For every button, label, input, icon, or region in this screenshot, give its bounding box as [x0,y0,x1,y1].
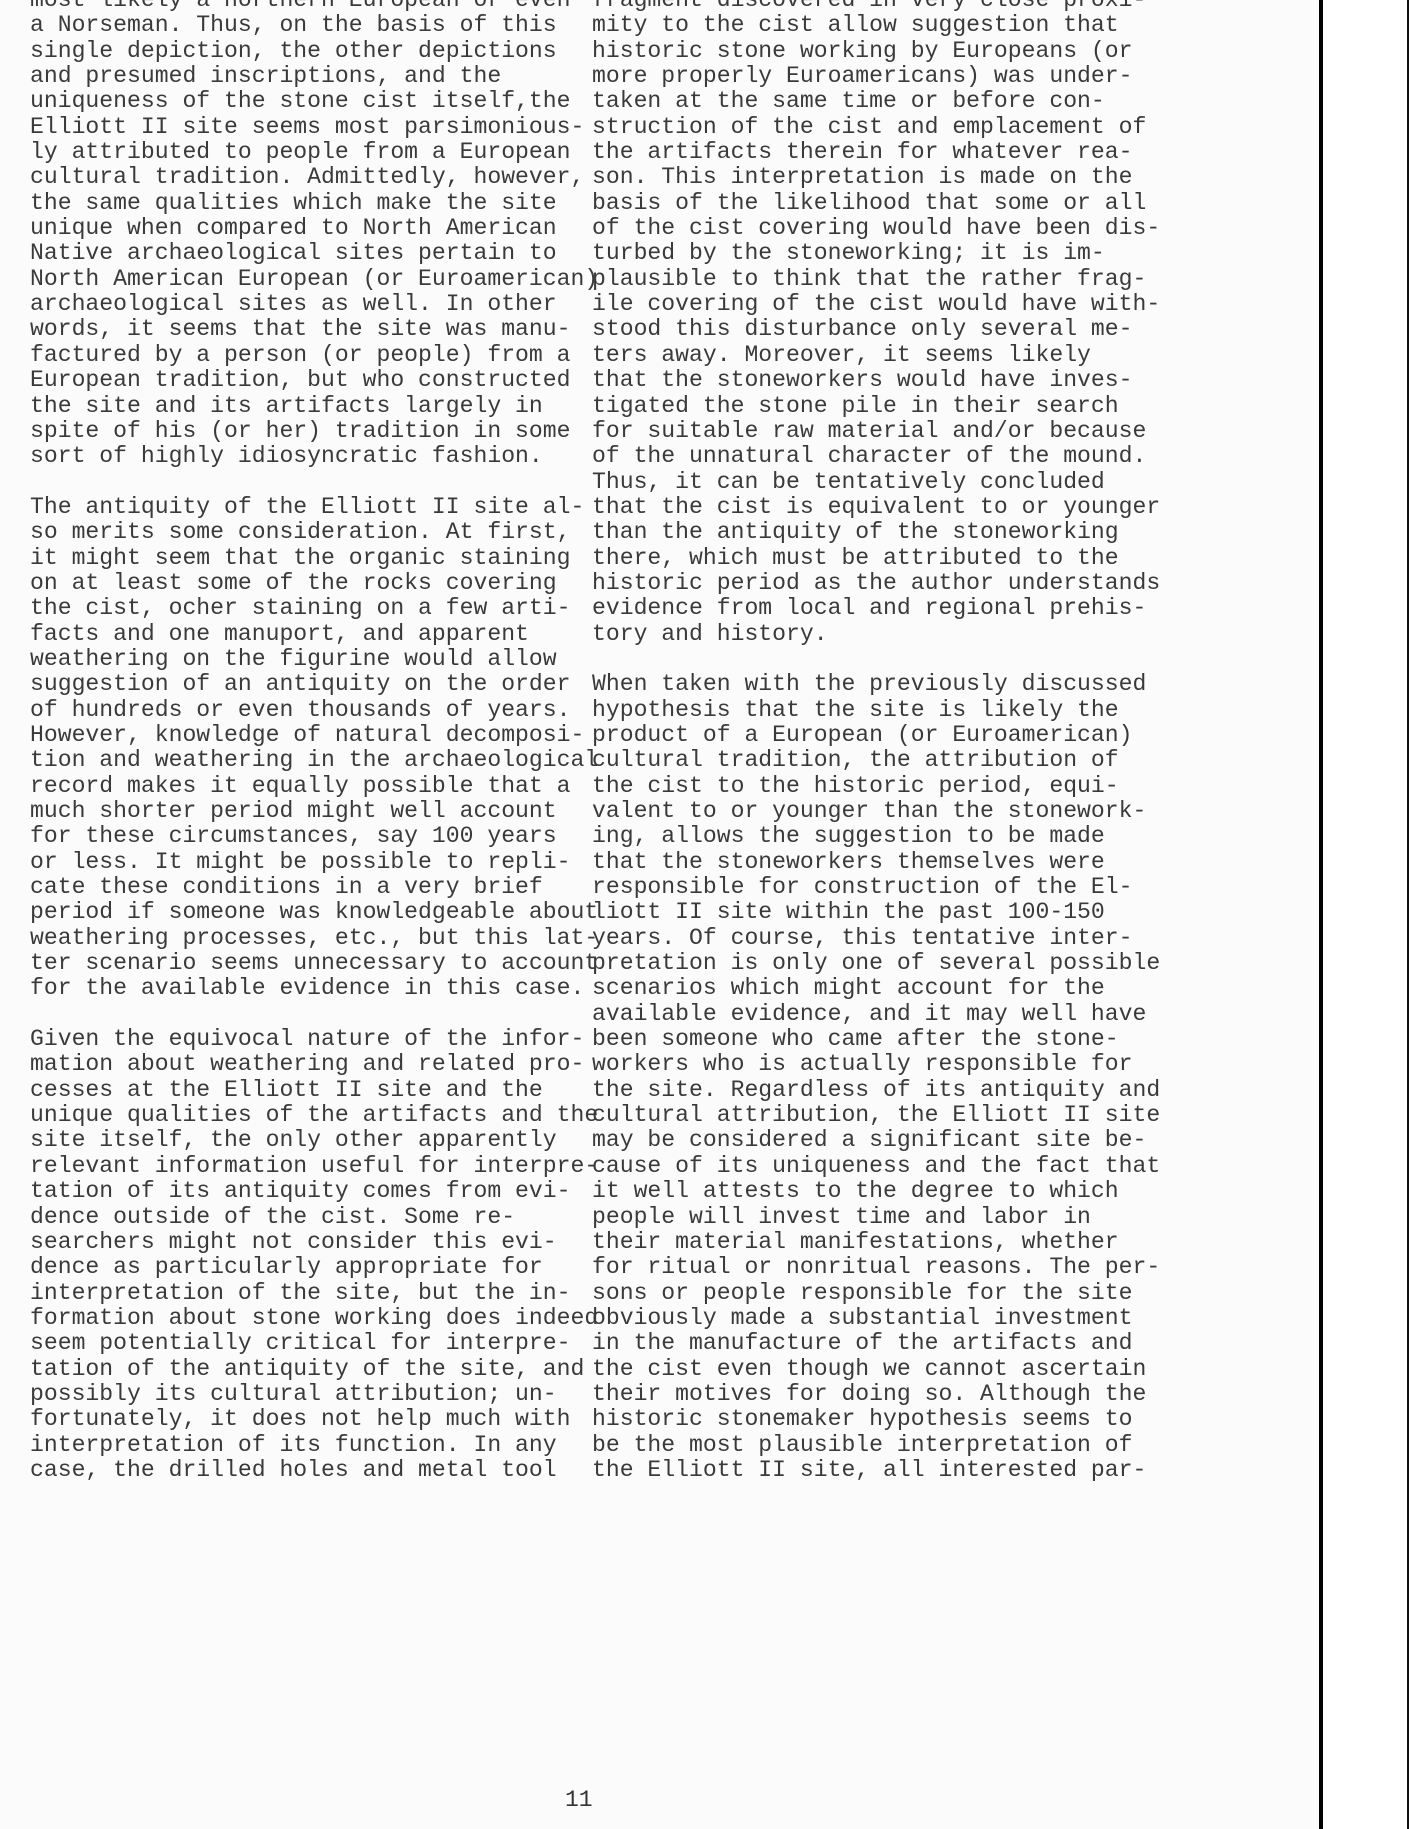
text-line: formation about stone working does indee… [30,1306,550,1331]
paragraph: most likely a northern European or evena… [30,0,550,470]
text-line: record makes it equally possible that a [30,774,550,799]
text-line: dence as particularly appropriate for [30,1255,550,1280]
text-line: tigated the stone pile in their search [592,394,1112,419]
text-line: possibly its cultural attribution; un- [30,1382,550,1407]
text-line: spite of his (or her) tradition in some [30,419,550,444]
text-line: product of a European (or Euroamerican) [592,723,1112,748]
text-line: or less. It might be possible to repli- [30,850,550,875]
text-line: years. Of course, this tentative inter- [592,926,1112,951]
text-line: single depiction, the other depictions [30,39,550,64]
text-line: weathering processes, etc., but this lat… [30,926,550,951]
text-line: their motives for doing so. Although the [592,1382,1112,1407]
text-line: weathering on the figurine would allow [30,647,550,672]
text-line: struction of the cist and emplacement of [592,115,1112,140]
text-line: there, which must be attributed to the [592,546,1112,571]
text-line: turbed by the stoneworking; it is im- [592,241,1112,266]
text-line: dence outside of the cist. Some re- [30,1205,550,1230]
text-line: evidence from local and regional prehis- [592,596,1112,621]
text-line: European tradition, but who constructed [30,368,550,393]
text-line: and presumed inscriptions, and the [30,64,550,89]
text-line: the cist to the historic period, equi- [592,774,1112,799]
text-line: North American European (or Euroamerican… [30,267,550,292]
text-line: fortunately, it does not help much with [30,1407,550,1432]
text-line: tion and weathering in the archaeologica… [30,748,550,773]
text-line: of the unnatural character of the mound. [592,444,1112,469]
text-line: unique when compared to North American [30,216,550,241]
text-line: so merits some consideration. At first, [30,520,550,545]
text-line: period if someone was knowledgeable abou… [30,900,550,925]
text-line: stood this disturbance only several me- [592,317,1112,342]
text-line: than the antiquity of the stoneworking [592,520,1112,545]
text-line: historic stone working by Europeans (or [592,39,1112,64]
text-line: historic stonemaker hypothesis seems to [592,1407,1112,1432]
text-line: people will invest time and labor in [592,1205,1112,1230]
paragraph: When taken with the previously discussed… [592,672,1112,1483]
text-line: uniqueness of the stone cist itself,the [30,89,550,114]
text-line: sons or people responsible for the site [592,1281,1112,1306]
text-line: case, the drilled holes and metal tool [30,1458,550,1483]
document-page: most likely a northern European or evena… [0,0,1320,1829]
text-line: for the available evidence in this case. [30,976,550,1001]
text-line: Given the equivocal nature of the infor- [30,1027,550,1052]
text-line: available evidence, and it may well have [592,1002,1112,1027]
text-line: for these circumstances, say 100 years [30,824,550,849]
text-line: cause of its uniqueness and the fact tha… [592,1154,1112,1179]
left-column: most likely a northern European or evena… [30,0,550,1509]
text-line: cultural tradition, the attribution of [592,748,1112,773]
text-line: valent to or younger than the stonework- [592,799,1112,824]
text-line: their material manifestations, whether [592,1230,1112,1255]
text-line: suggestion of an antiquity on the order [30,672,550,697]
text-line: ters away. Moreover, it seems likely [592,343,1112,368]
text-line: tory and history. [592,622,1112,647]
text-line: the site and its artifacts largely in [30,394,550,419]
text-line: for suitable raw material and/or because [592,419,1112,444]
text-line: be the most plausible interpretation of [592,1433,1112,1458]
text-line: it well attests to the degree to which [592,1179,1112,1204]
text-line: pretation is only one of several possibl… [592,951,1112,976]
text-line: taken at the same time or before con- [592,89,1112,114]
page-number: 11 [565,1787,593,1813]
page-edge-border [1319,0,1323,1829]
text-line: the site. Regardless of its antiquity an… [592,1078,1112,1103]
text-line: obviously made a substantial investment [592,1306,1112,1331]
text-line: cesses at the Elliott II site and the [30,1078,550,1103]
text-line: a Norseman. Thus, on the basis of this [30,13,550,38]
text-line: hypothesis that the site is likely the [592,698,1112,723]
text-line: on at least some of the rocks covering [30,571,550,596]
text-line: cate these conditions in a very brief [30,875,550,900]
text-line: The antiquity of the Elliott II site al- [30,495,550,520]
text-line: words, it seems that the site was manu- [30,317,550,342]
paragraph: Given the equivocal nature of the infor-… [30,1027,550,1483]
text-line: workers who is actually responsible for [592,1052,1112,1077]
text-line: the cist even though we cannot ascertain [592,1357,1112,1382]
text-line: may be considered a significant site be- [592,1128,1112,1153]
text-line: ile covering of the cist would have with… [592,292,1112,317]
text-line: liott II site within the past 100-150 [592,900,1112,925]
text-line: unique qualities of the artifacts and th… [30,1103,550,1128]
text-line: basis of the likelihood that some or all [592,191,1112,216]
text-line: Elliott II site seems most parsimonious- [30,115,550,140]
text-line: Thus, it can be tentatively concluded [592,470,1112,495]
text-line: cultural tradition. Admittedly, however, [30,165,550,190]
text-line: more properly Euroamericans) was under- [592,64,1112,89]
text-line: seem potentially critical for interpre- [30,1331,550,1356]
text-line: factured by a person (or people) from a [30,343,550,368]
text-line: However, knowledge of natural decomposi- [30,723,550,748]
text-line: ter scenario seems unnecessary to accoun… [30,951,550,976]
text-line: tation of its antiquity comes from evi- [30,1179,550,1204]
paragraph: The antiquity of the Elliott II site al-… [30,495,550,1002]
text-line: that the cist is equivalent to or younge… [592,495,1112,520]
text-line: historic period as the author understand… [592,571,1112,596]
text-line: plausible to think that the rather frag- [592,267,1112,292]
text-line: the artifacts therein for whatever rea- [592,140,1112,165]
text-line: site itself, the only other apparently [30,1128,550,1153]
text-line: for ritual or nonritual reasons. The per… [592,1255,1112,1280]
text-line: that the stoneworkers themselves were [592,850,1112,875]
text-line: mity to the cist allow suggestion that [592,13,1112,38]
paragraph: fragment discovered in very close proxi-… [592,0,1112,647]
text-line: scenarios which might account for the [592,976,1112,1001]
text-line: mation about weathering and related pro- [30,1052,550,1077]
text-line: sort of highly idiosyncratic fashion. [30,444,550,469]
text-line: tation of the antiquity of the site, and [30,1357,550,1382]
text-line: of hundreds or even thousands of years. [30,698,550,723]
text-line: interpretation of the site, but the in- [30,1281,550,1306]
text-line: fragment discovered in very close proxi- [592,0,1112,13]
text-line: archaeological sites as well. In other [30,292,550,317]
text-line: facts and one manuport, and apparent [30,622,550,647]
text-line: relevant information useful for interpre… [30,1154,550,1179]
text-line: the same qualities which make the site [30,191,550,216]
window-edge-line [1407,0,1409,1829]
text-line: of the cist covering would have been dis… [592,216,1112,241]
text-line: son. This interpretation is made on the [592,165,1112,190]
text-line: Native archaeological sites pertain to [30,241,550,266]
text-line: the Elliott II site, all interested par- [592,1458,1112,1483]
text-line: searchers might not consider this evi- [30,1230,550,1255]
right-column: fragment discovered in very close proxi-… [592,0,1112,1509]
text-line: ing, allows the suggestion to be made [592,824,1112,849]
text-line: that the stoneworkers would have inves- [592,368,1112,393]
text-line: most likely a northern European or even [30,0,550,13]
text-line: it might seem that the organic staining [30,546,550,571]
text-line: interpretation of its function. In any [30,1433,550,1458]
text-line: When taken with the previously discussed [592,672,1112,697]
text-line: ly attributed to people from a European [30,140,550,165]
text-line: the cist, ocher staining on a few arti- [30,596,550,621]
text-line: cultural attribution, the Elliott II sit… [592,1103,1112,1128]
text-line: been someone who came after the stone- [592,1027,1112,1052]
text-line: responsible for construction of the El- [592,875,1112,900]
text-line: much shorter period might well account [30,799,550,824]
text-line: in the manufacture of the artifacts and [592,1331,1112,1356]
